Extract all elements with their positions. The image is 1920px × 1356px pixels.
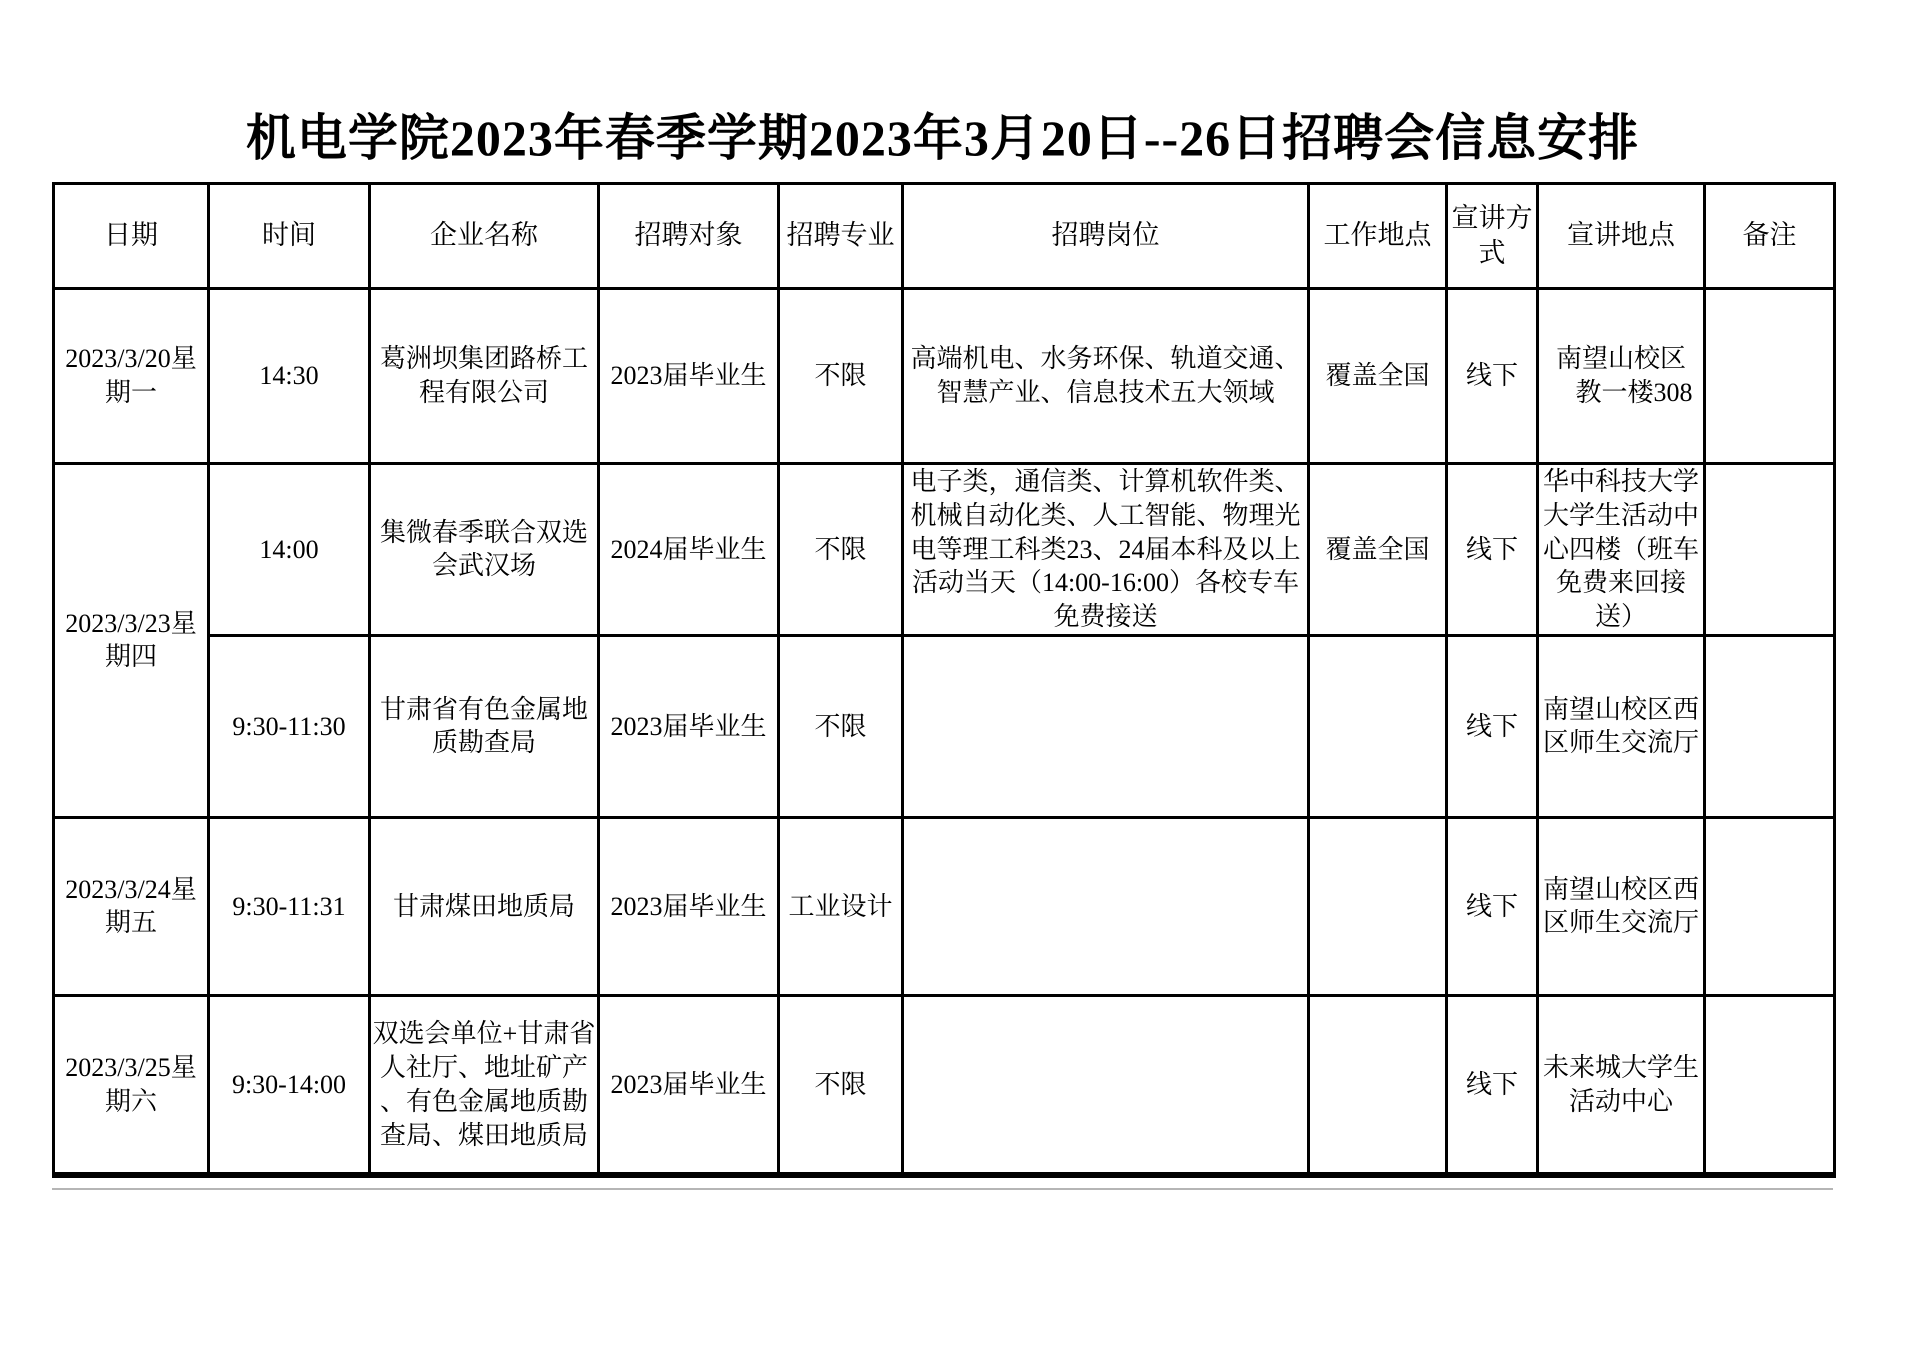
recruitment-schedule-table: 日期 时间 企业名称 招聘对象 招聘专业 招聘岗位 工作地点 宣讲方式 宣讲地点… <box>52 182 1836 1178</box>
cell-time: 9:30-14:00 <box>209 995 370 1175</box>
header-venue: 宣讲地点 <box>1538 184 1705 289</box>
cell-target-group: 2024届毕业生 <box>599 464 779 636</box>
header-time: 时间 <box>209 184 370 289</box>
cell-remark <box>1705 817 1835 995</box>
cell-target-group: 2023届毕业生 <box>599 995 779 1175</box>
cell-lecture-mode: 线下 <box>1447 995 1538 1175</box>
header-remark: 备注 <box>1705 184 1835 289</box>
cell-date: 2023/3/24星 期五 <box>54 817 209 995</box>
cell-target-group: 2023届毕业生 <box>599 289 779 464</box>
cell-target-group: 2023届毕业生 <box>599 817 779 995</box>
cell-target-group: 2023届毕业生 <box>599 635 779 817</box>
cell-major: 不限 <box>779 995 903 1175</box>
cell-lecture-mode: 线下 <box>1447 635 1538 817</box>
table-header-row: 日期 时间 企业名称 招聘对象 招聘专业 招聘岗位 工作地点 宣讲方式 宣讲地点… <box>54 184 1835 289</box>
cell-positions <box>903 635 1309 817</box>
cell-time: 14:00 <box>209 464 370 636</box>
document-page: 机电学院2023年春季学期2023年3月20日--26日招聘会信息安排 日期 时… <box>0 0 1920 1356</box>
cell-major: 工业设计 <box>779 817 903 995</box>
header-major: 招聘专业 <box>779 184 903 289</box>
header-lecture-mode: 宣讲方式 <box>1447 184 1538 289</box>
cell-venue: 未来城大学生 活动中心 <box>1538 995 1705 1175</box>
table-bottom-shadow-line <box>52 1188 1833 1190</box>
header-company: 企业名称 <box>370 184 599 289</box>
cell-venue: 南望山校区西 区师生交流厅 <box>1538 635 1705 817</box>
table-row: 9:30-11:30 甘肃省有色金属地 质勘查局 2023届毕业生 不限 线下 … <box>54 635 1835 817</box>
cell-positions <box>903 995 1309 1175</box>
cell-remark <box>1705 995 1835 1175</box>
cell-major: 不限 <box>779 289 903 464</box>
cell-company: 甘肃省有色金属地 质勘查局 <box>370 635 599 817</box>
cell-company: 集微春季联合双选 会武汉场 <box>370 464 599 636</box>
cell-lecture-mode: 线下 <box>1447 289 1538 464</box>
cell-work-location <box>1309 817 1447 995</box>
table-row: 2023/3/25星 期六 9:30-14:00 双选会单位+甘肃省 人社厅、地… <box>54 995 1835 1175</box>
table-row: 2023/3/23星 期四 14:00 集微春季联合双选 会武汉场 2024届毕… <box>54 464 1835 636</box>
cell-major: 不限 <box>779 635 903 817</box>
cell-date: 2023/3/23星 期四 <box>54 464 209 818</box>
cell-company: 甘肃煤田地质局 <box>370 817 599 995</box>
header-positions: 招聘岗位 <box>903 184 1309 289</box>
cell-lecture-mode: 线下 <box>1447 817 1538 995</box>
cell-remark <box>1705 635 1835 817</box>
header-work-location: 工作地点 <box>1309 184 1447 289</box>
table-row: 2023/3/20星 期一 14:30 葛洲坝集团路桥工 程有限公司 2023届… <box>54 289 1835 464</box>
cell-work-location: 覆盖全国 <box>1309 289 1447 464</box>
cell-time: 14:30 <box>209 289 370 464</box>
cell-work-location: 覆盖全国 <box>1309 464 1447 636</box>
cell-date: 2023/3/25星 期六 <box>54 995 209 1175</box>
cell-venue: 南望山校区 教一楼308 <box>1538 289 1705 464</box>
cell-remark <box>1705 289 1835 464</box>
cell-work-location <box>1309 635 1447 817</box>
cell-time: 9:30-11:30 <box>209 635 370 817</box>
cell-positions: 高端机电、水务环保、轨道交通、 智慧产业、信息技术五大领域 <box>903 289 1309 464</box>
cell-company: 葛洲坝集团路桥工 程有限公司 <box>370 289 599 464</box>
header-target-group: 招聘对象 <box>599 184 779 289</box>
cell-date: 2023/3/20星 期一 <box>54 289 209 464</box>
cell-venue: 华中科技大学 大学生活动中 心四楼（班车 免费来回接 送） <box>1538 464 1705 636</box>
cell-positions <box>903 817 1309 995</box>
cell-positions: 电子类，通信类、计算机软件类、 机械自动化类、人工智能、物理光 电等理工科类23… <box>903 464 1309 636</box>
cell-major: 不限 <box>779 464 903 636</box>
cell-work-location <box>1309 995 1447 1175</box>
cell-company: 双选会单位+甘肃省 人社厅、地址矿产 、有色金属地质勘 查局、煤田地质局 <box>370 995 599 1175</box>
cell-lecture-mode: 线下 <box>1447 464 1538 636</box>
header-date: 日期 <box>54 184 209 289</box>
cell-time: 9:30-11:31 <box>209 817 370 995</box>
table-row: 2023/3/24星 期五 9:30-11:31 甘肃煤田地质局 2023届毕业… <box>54 817 1835 995</box>
cell-remark <box>1705 464 1835 636</box>
cell-venue: 南望山校区西 区师生交流厅 <box>1538 817 1705 995</box>
page-title: 机电学院2023年春季学期2023年3月20日--26日招聘会信息安排 <box>52 98 1833 170</box>
